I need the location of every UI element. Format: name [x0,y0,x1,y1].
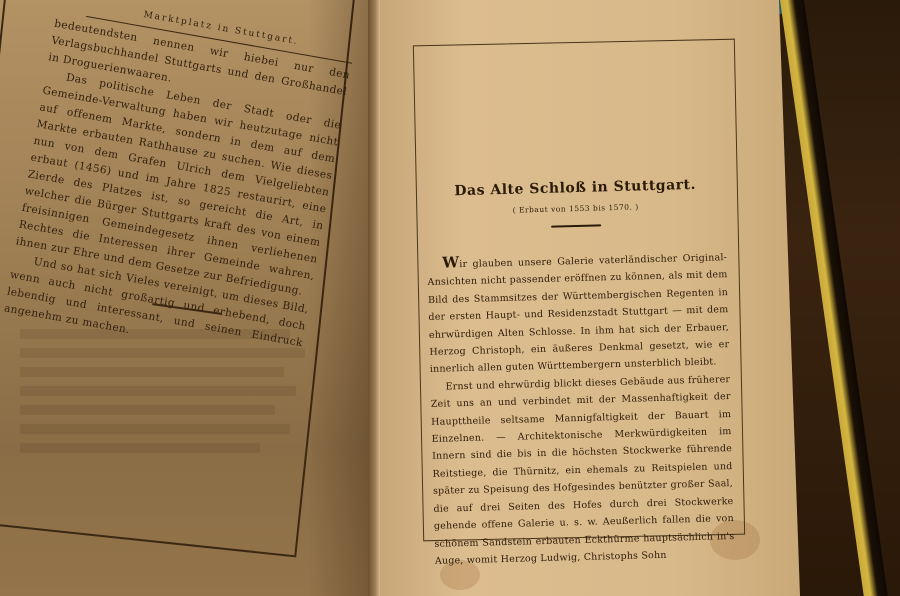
left-page-border-frame [0,0,355,557]
chapter-body: Wir glauben unsere Galerie vaterländisch… [427,247,735,570]
left-paragraph-1: bedeutendsten nennen wir hiebei nur den … [47,16,351,118]
bleed-through-text [20,320,320,500]
left-paragraph-3: Und so hat sich Vieles vereinigt, um die… [3,250,310,369]
right-paragraph-2: Ernst und ehrwürdig blickt dieses Gebäud… [430,371,735,570]
right-page-text: Das Alte Schloß in Stuttgart. ( Erbaut v… [425,176,735,570]
title-ornament [551,224,601,227]
running-header: Marktplatz in Stuttgart. [86,0,355,64]
section-end-rule [152,303,222,315]
left-paragraph-2: Das politische Leben der Stadt oder die … [15,66,343,302]
chapter-subtitle: ( Erbaut von 1553 bis 1570. ) [426,200,726,217]
right-paragraph-1: Wir glauben unsere Galerie vaterländisch… [427,247,730,379]
left-page-text: Marktplatz in Stuttgart. bedeutendsten n… [3,0,356,369]
left-page: Marktplatz in Stuttgart. bedeutendsten n… [0,0,385,596]
drop-cap: W [442,253,460,271]
